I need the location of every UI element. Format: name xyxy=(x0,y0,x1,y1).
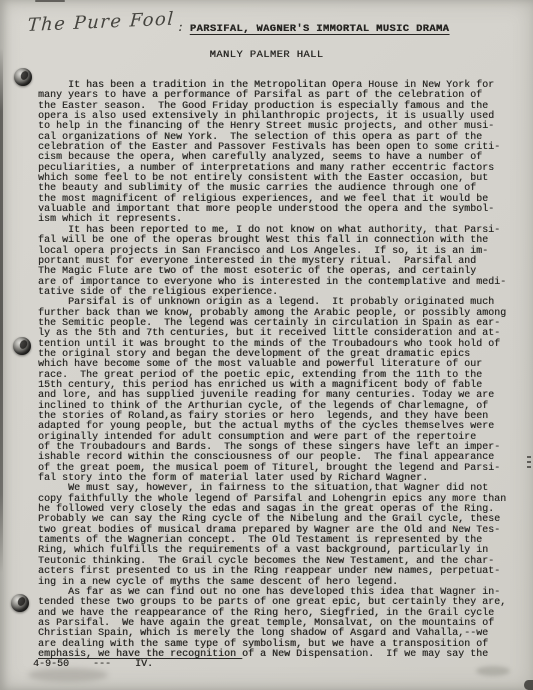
paragraph-1: It has been a tradition in the Metropoli… xyxy=(38,81,523,226)
paragraph-5-ending: of a New Dispensation. If we may say the xyxy=(242,649,488,660)
footer-line: 4-9-50 --- IV. xyxy=(33,660,523,670)
handwritten-colon: : xyxy=(178,19,183,35)
paragraph-4: We must say, however, in fairness to the… xyxy=(38,484,523,587)
paragraph-2: It has been reported to me, I do not kno… xyxy=(38,226,523,298)
brad-fastener-middle xyxy=(13,337,31,355)
document-page: The Pure Fool:PARSIFAL, WAGNER'S IMMORTA… xyxy=(0,0,533,690)
scan-spot-corner xyxy=(524,680,533,690)
handwritten-annotation: The Pure Fool xyxy=(27,9,175,36)
document-header: The Pure Fool:PARSIFAL, WAGNER'S IMMORTA… xyxy=(0,0,533,61)
brad-fastener-bottom xyxy=(11,594,29,612)
page-title: PARSIFAL, WAGNER'S IMMORTAL MUSIC DRAMA xyxy=(190,23,449,35)
title-row: The Pure Fool:PARSIFAL, WAGNER'S IMMORTA… xyxy=(27,15,533,42)
document-body: It has been a tradition in the Metropoli… xyxy=(38,81,523,671)
paragraph-5: As far as we can find out no one has dev… xyxy=(38,588,523,660)
paragraph-3: Parsifal is of unknown origin as a legen… xyxy=(38,298,523,484)
scan-artifact-right xyxy=(527,456,531,470)
scan-edge-shadow xyxy=(0,48,3,573)
byline: MANLY PALMER HALL xyxy=(0,49,533,61)
paragraph-5-text: As far as we can find out no one has dev… xyxy=(38,587,506,650)
brad-fastener-top xyxy=(14,68,32,86)
